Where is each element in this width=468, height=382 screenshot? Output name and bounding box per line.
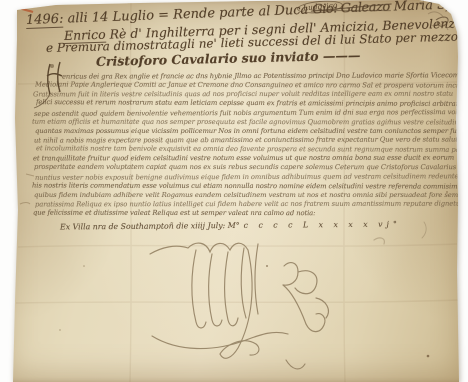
dateline: Ex Villa nra de Southamptoñ die xiiij Ju… [60, 220, 401, 232]
manuscript-line: tum etiam officiis et humanitate qua nos… [32, 117, 458, 127]
manuscript-line: quibus fidem indubiam adhibere velit Rog… [34, 191, 458, 200]
paper-wrap: 1496: alli 14 Luglio = Rende parte al Du… [0, 0, 468, 382]
manuscript-body: enricus dei gra Rex anglie et francie ac… [34, 72, 458, 218]
manuscript-paper: 1496: alli 14 Luglio = Rende parte al Du… [0, 0, 468, 382]
dateline-roman-numerals: c c c c L x x x x vj° [240, 220, 401, 230]
annotation-line1-end: Maria Sforza [389, 0, 468, 15]
signature-henricus-rex [150, 222, 426, 369]
manuscript-line: que felicissime et diutissime valeat Rel… [33, 209, 458, 219]
red-wax-marks [19, 2, 33, 12]
dateline-place: Ex Villa nra de Southamptoñ die xiiij Ju… [60, 221, 240, 232]
manuscript-photo: 1496: alli 14 Luglio = Rende parte al Du… [0, 0, 468, 382]
annotation-year: 1496: [26, 12, 64, 29]
manuscript-line: prosperitate eandem voluptatem capiat qu… [34, 163, 458, 173]
